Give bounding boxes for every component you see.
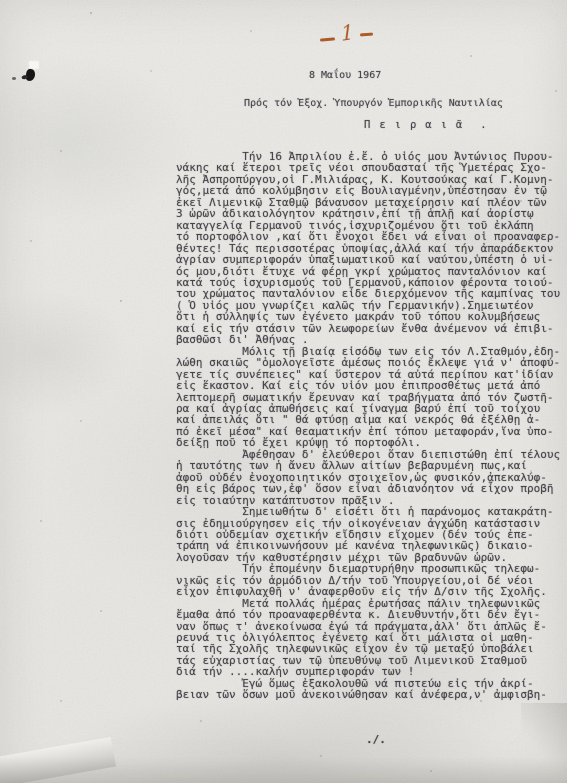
scanned-letter-page: 1 8 Μαΐου 1967 Πρός τόν Ἐξοχ. Ὑπουργόν Ἐ… [0, 0, 567, 783]
page-number-left-dash [320, 37, 335, 41]
correction-fluid-patch [29, 61, 39, 69]
recipient-city-period: . [480, 119, 486, 131]
recipient-line: Πρός τόν Ἐξοχ. Ὑπουργόν Ἐμπορικῆς Ναυτιλ… [244, 98, 503, 109]
ink-speck [12, 77, 16, 80]
recipient-city: Πειραιᾶ. [364, 119, 487, 131]
bottom-edge-shadow [0, 757, 567, 783]
recipient-city-name: Πειραιᾶ [364, 119, 471, 131]
ink-blot [25, 68, 36, 81]
letter-date: 8 Μαΐου 1967 [309, 70, 381, 81]
page-number-right-dash [360, 33, 373, 36]
page-number: 1 [340, 20, 354, 46]
continuation-mark: ./. [366, 733, 386, 746]
letter-body: Τήν 16 Ἀπριλίου ἐ.ἔ. ὁ υἱός μου Ἀντώνιος… [176, 151, 566, 701]
scan-specks [0, 0, 2, 2]
